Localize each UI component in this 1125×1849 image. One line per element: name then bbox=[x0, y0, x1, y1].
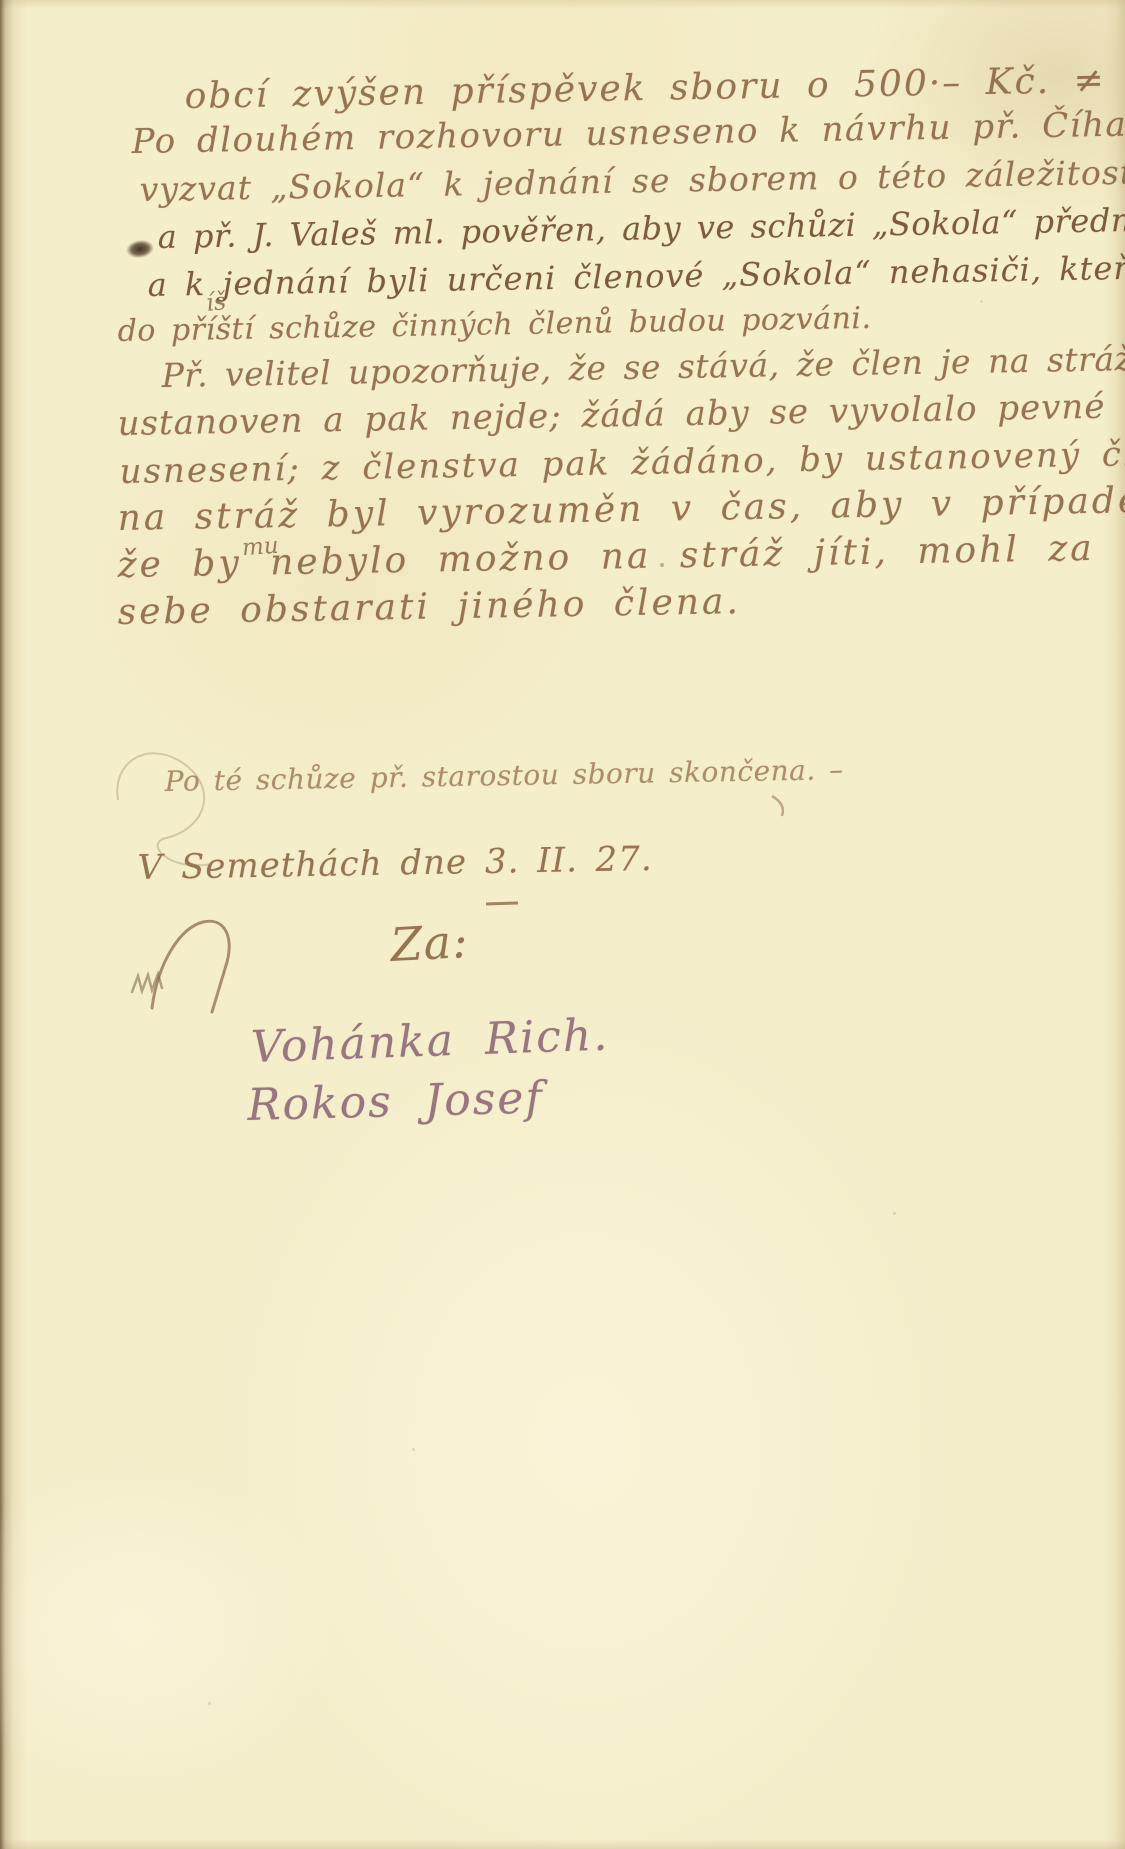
paper-speck bbox=[208, 1702, 211, 1705]
paper-speck bbox=[980, 300, 983, 303]
scanned-page: obcí zvýšen příspěvek sboru o 500·– Kč. … bbox=[0, 0, 1125, 1849]
paper-speck bbox=[660, 563, 664, 567]
pen-hook-mark bbox=[152, 921, 229, 1012]
paper-speck bbox=[893, 1212, 896, 1215]
flourish-under-closing bbox=[772, 796, 783, 816]
pencil-curve-mark bbox=[117, 753, 212, 865]
marks-overlay bbox=[0, 0, 1125, 1849]
paper-speck bbox=[412, 1448, 415, 1451]
